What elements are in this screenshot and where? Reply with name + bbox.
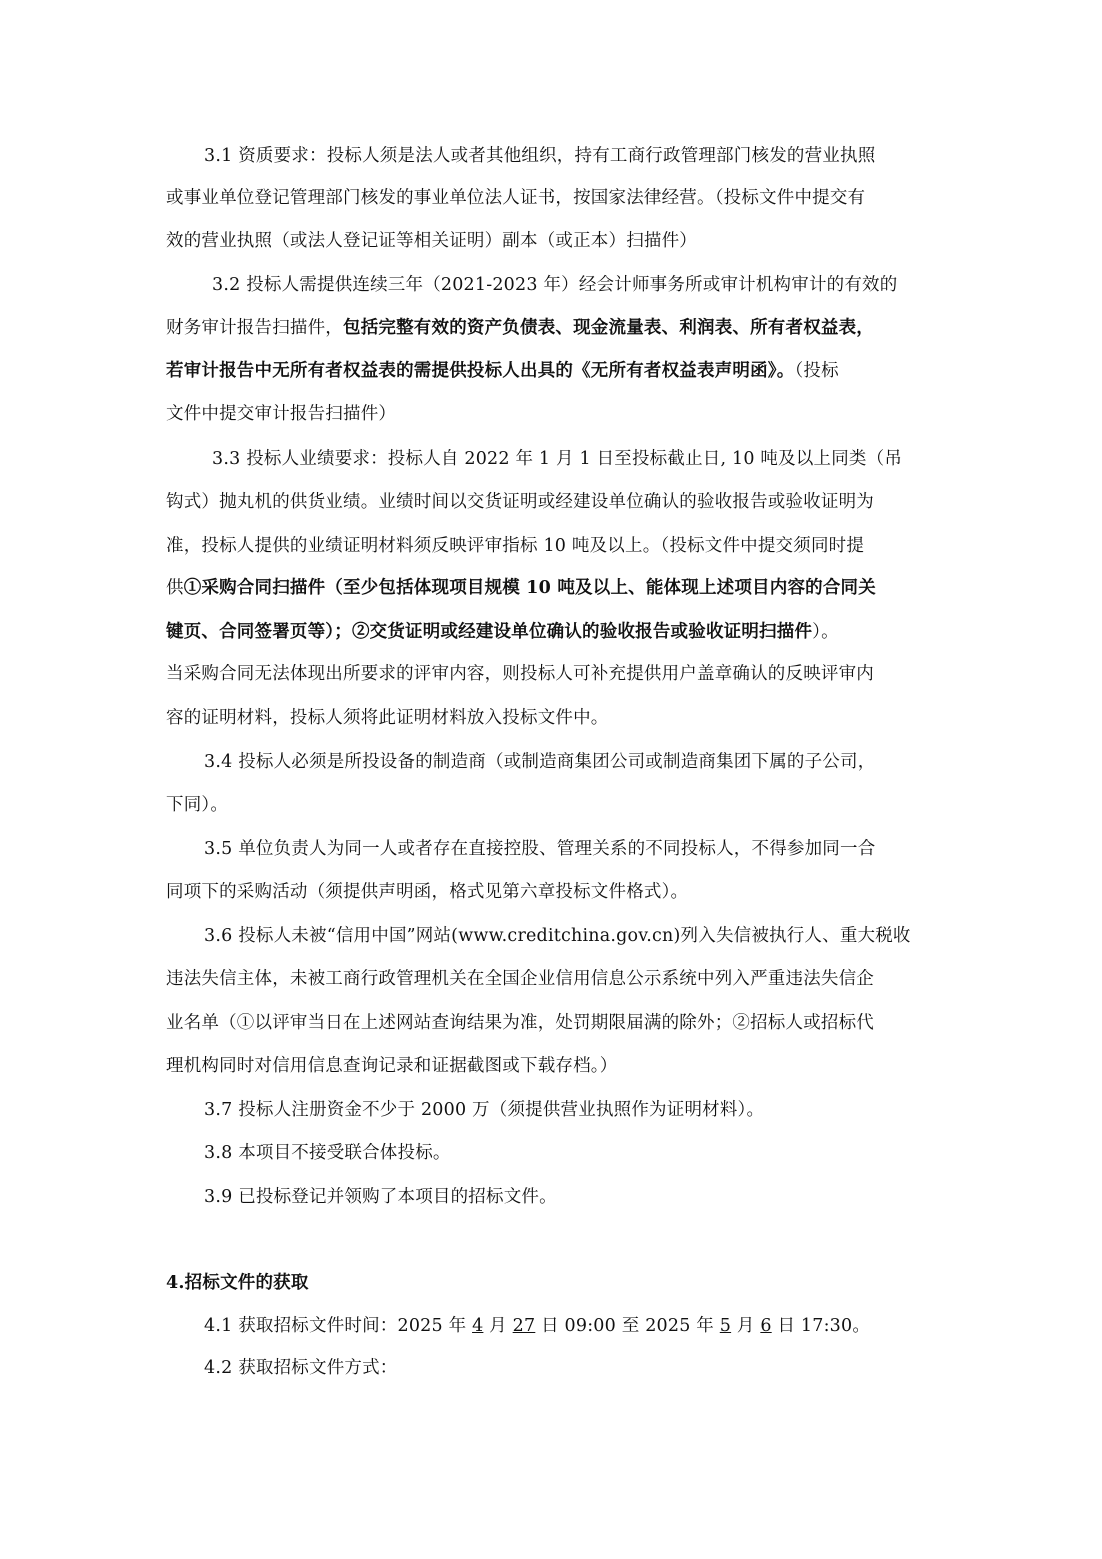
para-3-7: 3.7 投标人注册资金不少于 2000 万（须提供营业执照作为证明材料）。 [204,1098,974,1122]
month-end: 5 [720,1316,731,1336]
para-4-1-text: 日 09:00 至 2025 年 [535,1316,719,1336]
para-3-1-line-2: 或事业单位登记管理部门核发的事业单位法人证书，按国家法律经营。（投标文件中提交有 [166,186,936,210]
para-3-1-line-3: 效的营业执照（或法人登记证等相关证明）副本（或正本）扫描件） [166,229,936,253]
para-3-3-bold-2: 键页、合同签署页等）；②交货证明或经建设单位确认的验收报告或验收证明扫描件 [166,622,812,642]
para-3-2-line-1: 3.2 投标人需提供连续三年（2021-2023 年）经会计师事务所或审计机构审… [212,273,982,297]
para-3-2-normal-2: （投标 [794,361,838,381]
para-3-2-bold-2: 若审计报告中无所有者权益表的需提供投标人出具的《无所有者权益表声明函》。 [166,361,794,381]
document-page: 3.1 资质要求：投标人须是法人或者其他组织，持有工商行政管理部门核发的营业执照… [0,0,1102,1559]
para-4-1-prefix: 4.1 获取招标文件时间：2025 年 [204,1316,472,1336]
para-3-3-line-6: 当采购合同无法体现出所要求的评审内容，则投标人可补充提供用户盖章确认的反映评审内 [166,662,936,686]
para-3-4-line-2: 下同）。 [166,793,936,817]
day-end: 6 [760,1316,771,1336]
para-3-2-line-4: 文件中提交审计报告扫描件） [166,402,936,426]
section-4-heading: 4.招标文件的获取 [166,1271,936,1295]
para-3-3-line-7: 容的证明材料，投标人须将此证明材料放入投标文件中。 [166,706,936,730]
para-3-3-line-4: 供①采购合同扫描件（至少包括体现项目规模 10 吨及以上、能体现上述项目内容的合… [166,576,936,600]
para-3-3-line-3: 准，投标人提供的业绩证明材料须反映评审指标 10 吨及以上。（投标文件中提交须同… [166,534,936,558]
para-3-2-line-2: 财务审计报告扫描件，包括完整有效的资产负债表、现金流量表、利润表、所有者权益表， [166,316,936,340]
month-start: 4 [472,1316,483,1336]
para-4-1-text: 月 [731,1316,760,1336]
para-3-6-line-1: 3.6 投标人未被“信用中国”网站(www.creditchina.gov.cn… [204,924,974,948]
para-3-2-line-3: 若审计报告中无所有者权益表的需提供投标人出具的《无所有者权益表声明函》。（投标 [166,359,936,383]
para-3-1-line-1: 3.1 资质要求：投标人须是法人或者其他组织，持有工商行政管理部门核发的营业执照 [204,144,974,168]
para-3-6-line-4: 理机构同时对信用信息查询记录和证据截图或下载存档。） [166,1054,936,1078]
para-3-4-line-1: 3.4 投标人必须是所投设备的制造商（或制造商集团公司或制造商集团下属的子公司， [204,750,974,774]
para-3-3-normal: 供 [166,578,184,598]
para-4-2: 4.2 获取招标文件方式： [204,1356,974,1380]
para-3-3-normal-2: ）。 [812,622,839,642]
para-3-6-line-2: 违法失信主体，未被工商行政管理机关在全国企业信用信息公示系统中列入严重违法失信企 [166,967,936,991]
para-3-3-line-5: 键页、合同签署页等）；②交货证明或经建设单位确认的验收报告或验收证明扫描件）。 [166,620,936,644]
para-3-3-line-2: 钩式）抛丸机的供货业绩。业绩时间以交货证明或经建设单位确认的验收报告或验收证明为 [166,490,936,514]
para-3-2-normal: 财务审计报告扫描件， [166,318,343,338]
para-3-5-line-1: 3.5 单位负责人为同一人或者存在直接控股、管理关系的不同投标人，不得参加同一合 [204,837,974,861]
para-3-8: 3.8 本项目不接受联合体投标。 [204,1141,974,1165]
para-3-5-line-2: 同项下的采购活动（须提供声明函，格式见第六章投标文件格式）。 [166,880,936,904]
day-start: 27 [513,1316,536,1336]
para-3-9: 3.9 已投标登记并领购了本项目的招标文件。 [204,1185,974,1209]
para-3-2-bold: 包括完整有效的资产负债表、现金流量表、利润表、所有者权益表， [343,318,874,338]
para-4-1-text: 日 17:30。 [772,1316,870,1336]
para-4-1: 4.1 获取招标文件时间：2025 年 4 月 27 日 09:00 至 202… [204,1314,974,1338]
para-3-3-bold: ①采购合同扫描件（至少包括体现项目规模 10 吨及以上、能体现上述项目内容的合同… [184,578,876,598]
para-3-6-line-3: 业名单（①以评审当日在上述网站查询结果为准，处罚期限届满的除外；②招标人或招标代 [166,1011,936,1035]
para-4-1-text: 月 [483,1316,512,1336]
para-3-3-line-1: 3.3 投标人业绩要求：投标人自 2022 年 1 月 1 日至投标截止日, 1… [212,447,982,471]
